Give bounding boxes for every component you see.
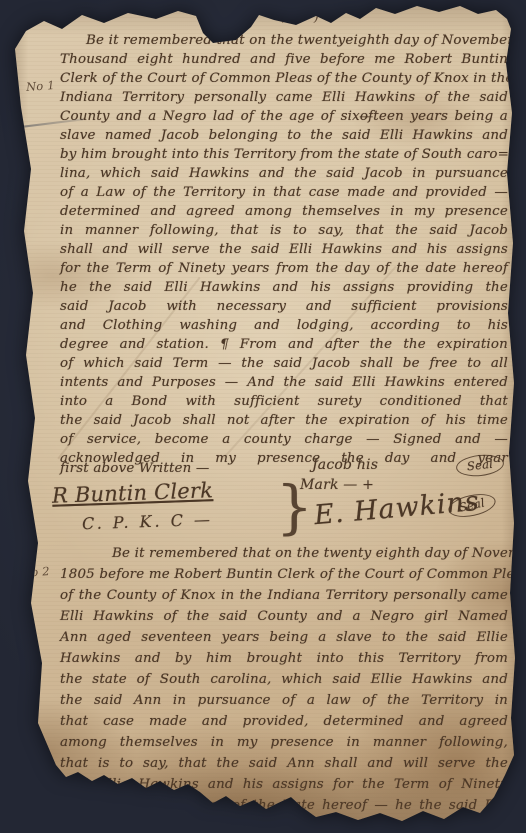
paper-shadow-wrapper: ( 1 ) No 1 Be it remembered that on the … [8, 3, 517, 830]
manuscript-line: in manner following, that is to say, tha… [60, 221, 508, 240]
manuscript-line: the state of South carolina, which said … [60, 669, 508, 690]
scan-background: { "document": { "page_number": "( 1 )", … [0, 0, 526, 833]
manuscript-line: degree and station. ¶ From and after the… [60, 335, 508, 354]
manuscript-line: for the Term of Ninety years from the da… [60, 259, 508, 278]
manuscript-line: the said Ann in pursuance of a law of th… [60, 690, 508, 711]
clerk-abbreviation: C. P. K. C — [82, 510, 214, 534]
manuscript-line: said Jacob with necessary and sufficient… [60, 297, 508, 316]
manuscript-line: slave named Jacob belonging to the said … [60, 126, 508, 145]
jacob-name-line: Jacob his [312, 457, 378, 473]
manuscript-line: and Clothing washing and lodging, accord… [60, 316, 508, 335]
manuscript-line: by him brought into this Territory from … [60, 145, 508, 164]
brace-glyph: } [276, 477, 313, 537]
manuscript-line: he the said Elli Hawkins and his assigns… [60, 278, 508, 297]
manuscript-line: Hawkins and by him brought into this Ter… [60, 648, 508, 669]
manuscript-page: ( 1 ) No 1 Be it remembered that on the … [8, 3, 517, 830]
margin-entry-number-1: No 1 [26, 78, 56, 94]
manuscript-line: 1805 before me Robert Buntin Clerk of th… [60, 564, 508, 585]
manuscript-line: into a Bond with sufficient surety condi… [60, 392, 508, 411]
manuscript-line: of a Law of the Territory in that case m… [60, 183, 508, 202]
manuscript-line: that is to say, that the said Ann shall … [60, 753, 508, 774]
manuscript-line: said Ellie Hawkins and his assigns for t… [60, 774, 508, 795]
clerk-signature: R Buntin Clerk [52, 478, 214, 508]
manuscript-line: that case made and provided, determined … [60, 711, 508, 732]
manuscript-line: Indiana Territory personally came Elli H… [60, 88, 508, 107]
signature-block: first above Written — Jacob his Mark — +… [60, 455, 508, 547]
manuscript-line: of the County of Knox in the Indiana Ter… [60, 585, 508, 606]
seal-stamp-jacob: Seal [455, 453, 505, 479]
manuscript-line: determined and agreed among themselves i… [60, 202, 508, 221]
margin-entry-number-2: No 2 [21, 564, 51, 580]
entry-1-text: Be it remembered that on the twentyeight… [60, 31, 508, 468]
manuscript-line: Be it remembered that on the twenty eigh… [60, 543, 508, 564]
manuscript-line: Ann aged seventeen years being a slave t… [60, 627, 508, 648]
manuscript-line: of service, become a county charge — Sig… [60, 430, 508, 449]
manuscript-line: Be it remembered that on the twentyeight… [60, 31, 508, 50]
manuscript-line: Clerk of the Court of Common Pleas of th… [60, 69, 508, 88]
manuscript-line: lina, which said Hawkins and the said Ja… [60, 164, 508, 183]
closing-line: first above Written — [60, 461, 210, 476]
entry-2-text: Be it remembered that on the twenty eigh… [60, 543, 508, 816]
manuscript-line: Elli Hawkins of the said County and a Ne… [60, 606, 508, 627]
page-number: ( 1 ) [266, 10, 336, 25]
manuscript-line: the said Jacob shall not after the expir… [60, 411, 508, 430]
manuscript-line: shall and will serve the said Elli Hawki… [60, 240, 508, 259]
manuscript-line: among themselves in my presence in manne… [60, 732, 508, 753]
manuscript-line: Thousand eight hundred and five before m… [60, 50, 508, 69]
manuscript-line: intents and Purposes — And the said Elli… [60, 373, 508, 392]
manuscript-line: County and a Negro lad of the age of six… [60, 107, 508, 126]
manuscript-line: of which said Term — the said Jacob shal… [60, 354, 508, 373]
manuscript-line: day of the Date hereof — he the said Ell… [60, 795, 508, 816]
